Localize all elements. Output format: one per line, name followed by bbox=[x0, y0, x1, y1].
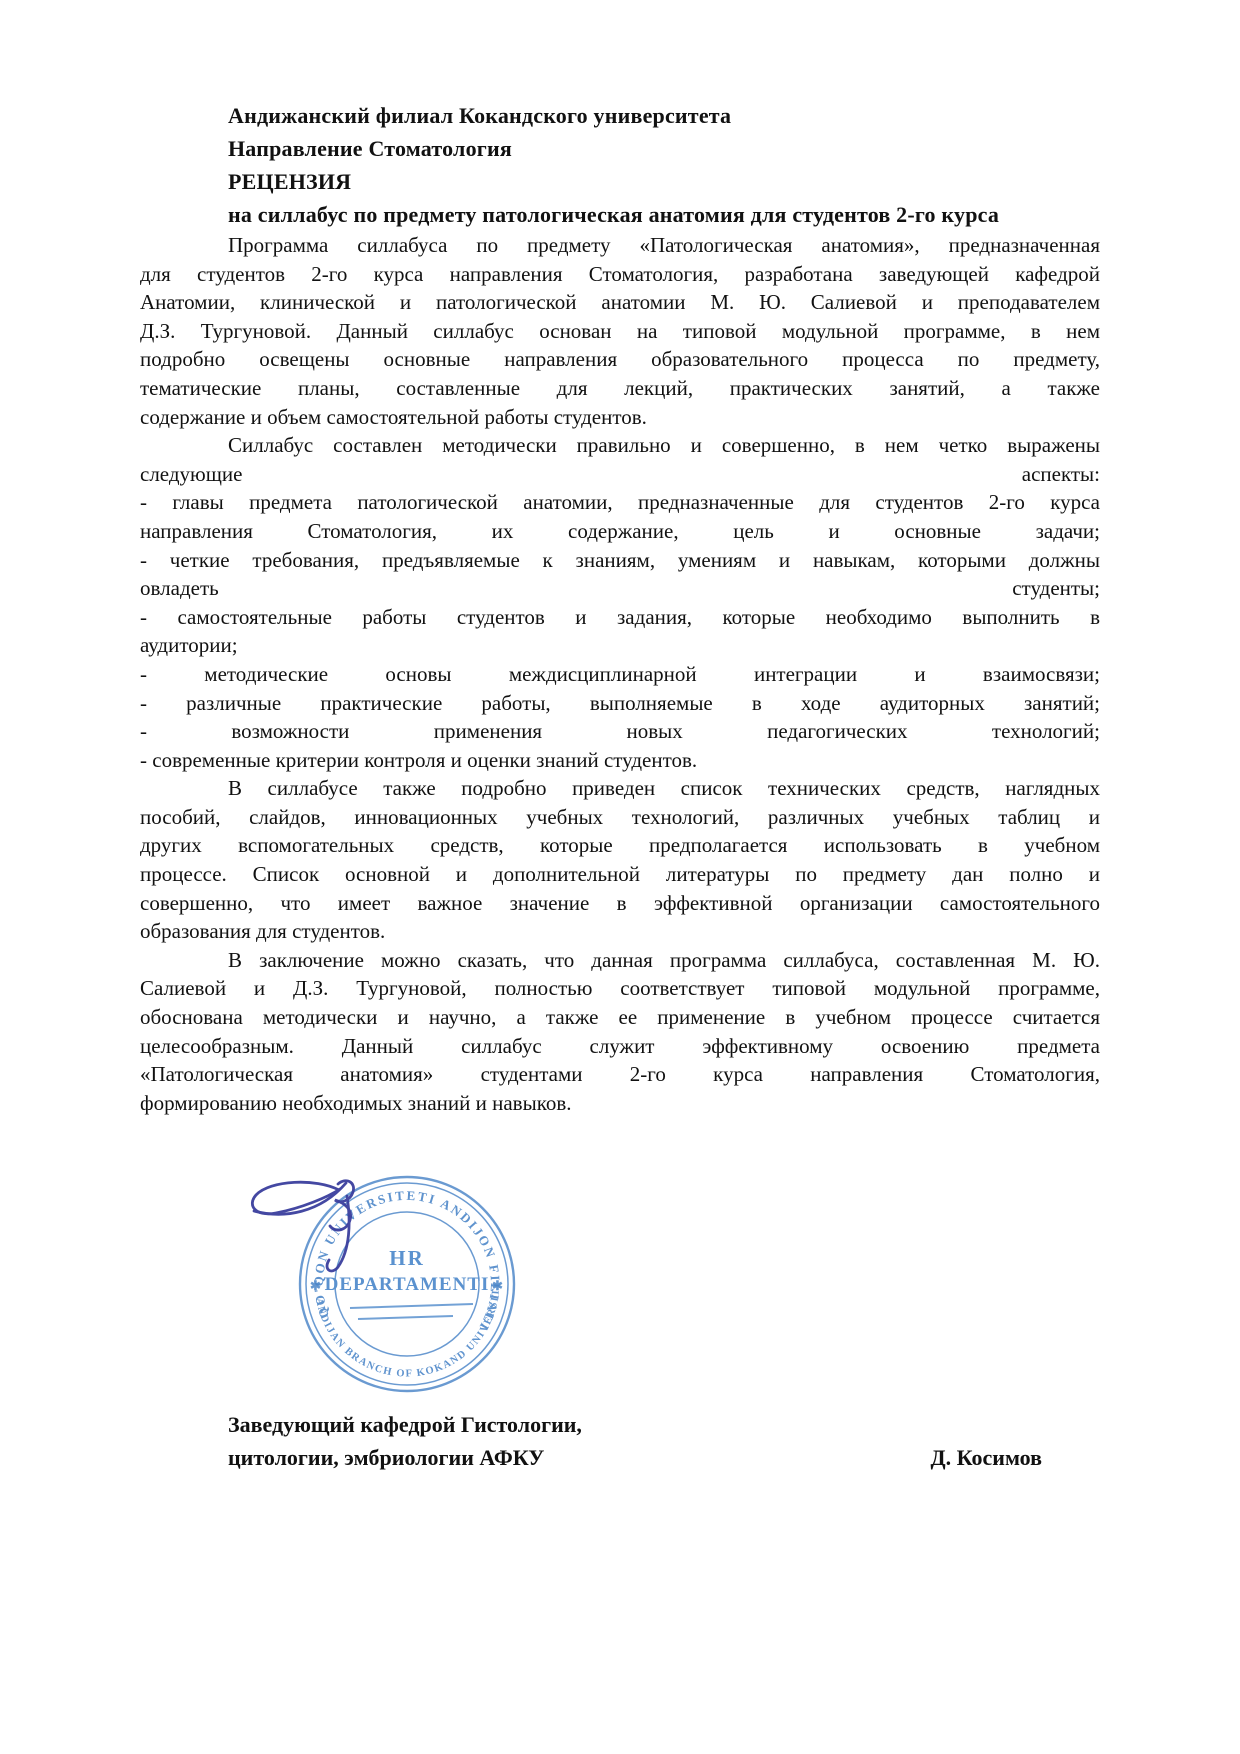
document-line: Силлабус составлен методически правильно… bbox=[140, 431, 1100, 460]
document-line: - современные критерии контроля и оценки… bbox=[140, 746, 1100, 775]
document-line: - четкие требования, предъявляемые к зна… bbox=[140, 546, 1100, 575]
direction-line: Направление Стоматология bbox=[228, 132, 1100, 165]
review-document: Андижанский филиал Кокандского университ… bbox=[140, 99, 1100, 1117]
document-line: подробно освещены основные направления о… bbox=[140, 345, 1100, 374]
star-left-icon: ✱ bbox=[310, 1278, 321, 1293]
document-line: - различные практические работы, выполня… bbox=[140, 689, 1100, 718]
document-line: для студентов 2-го курса направления Сто… bbox=[140, 260, 1100, 289]
document-line: целесообразным. Данный силлабус служит э… bbox=[140, 1032, 1100, 1061]
document-line: других вспомогательных средств, которые … bbox=[140, 831, 1100, 860]
university-title: Андижанский филиал Кокандского университ… bbox=[228, 99, 1100, 132]
document-line: - возможности применения новых педагогич… bbox=[140, 717, 1100, 746]
document-header: Андижанский филиал Кокандского университ… bbox=[140, 99, 1100, 231]
document-line: тематические планы, составленные для лек… bbox=[140, 374, 1100, 403]
document-line: - методические основы междисциплинарной … bbox=[140, 660, 1100, 689]
document-line: обоснована методически и научно, а также… bbox=[140, 1003, 1100, 1032]
document-line: совершенно, что имеет важное значение в … bbox=[140, 889, 1100, 918]
signer-name: Д. Косимов bbox=[931, 1441, 1042, 1474]
document-line: образования для студентов. bbox=[140, 917, 1100, 946]
document-line: Анатомии, клинической и патологической а… bbox=[140, 288, 1100, 317]
document-line: направления Стоматология, их содержание,… bbox=[140, 517, 1100, 546]
review-subject-line: на силлабус по предмету патологическая а… bbox=[228, 198, 1100, 231]
document-line: формированию необходимых знаний и навыко… bbox=[140, 1089, 1100, 1118]
star-right-icon: ✱ bbox=[492, 1278, 503, 1293]
stamp-center-departamenti: DEPARTAMENTI bbox=[325, 1274, 490, 1295]
document-line: В заключение можно сказать, что данная п… bbox=[140, 946, 1100, 975]
document-line: аудитории; bbox=[140, 631, 1100, 660]
document-line: овладеть студенты; bbox=[140, 574, 1100, 603]
stamp-center-hr: HR bbox=[389, 1246, 425, 1270]
signature-block: Заведующий кафедрой Гистологии, цитологи… bbox=[140, 1408, 1100, 1474]
document-line: - самостоятельные работы студентов и зад… bbox=[140, 603, 1100, 632]
review-heading: РЕЦЕНЗИЯ bbox=[228, 165, 1100, 198]
document-line: Программа силлабуса по предмету «Патолог… bbox=[140, 231, 1100, 260]
document-line: В силлабусе также подробно приведен спис… bbox=[140, 774, 1100, 803]
stamp-arc-bottom-text: ANDIJAN BRANCH OF KOKAND UNIVERSITY bbox=[240, 1140, 502, 1380]
document-line: «Патологическая анатомия» студентами 2-г… bbox=[140, 1060, 1100, 1089]
document-line: следующие аспекты: bbox=[140, 460, 1100, 489]
stamp-and-signature: QO'QON UNIVERSITETI ANDIJON FILIALI ANDI… bbox=[240, 1140, 580, 1420]
document-line: Д.З. Тургуновой. Данный силлабус основан… bbox=[140, 317, 1100, 346]
document-line: пособий, слайдов, инновационных учебных … bbox=[140, 803, 1100, 832]
stamp-underline bbox=[350, 1304, 473, 1319]
document-line: - главы предмета патологической анатомии… bbox=[140, 488, 1100, 517]
document-line: содержание и объем самостоятельной работ… bbox=[140, 403, 1100, 432]
document-page: Андижанский филиал Кокандского университ… bbox=[0, 0, 1240, 1754]
hr-department-stamp-graphic: QO'QON UNIVERSITETI ANDIJON FILIALI ANDI… bbox=[240, 1140, 580, 1420]
signer-position-line: Заведующий кафедрой Гистологии, bbox=[228, 1408, 1100, 1441]
document-line: процессе. Список основной и дополнительн… bbox=[140, 860, 1100, 889]
document-body: Программа силлабуса по предмету «Патолог… bbox=[140, 231, 1100, 1117]
document-line: Салиевой и Д.З. Тургуновой, полностью со… bbox=[140, 974, 1100, 1003]
